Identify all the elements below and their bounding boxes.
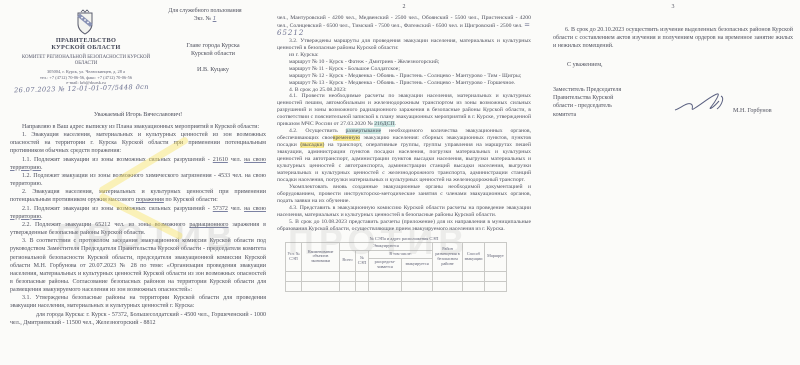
table-header-method: Способ эвакуации [463, 243, 485, 272]
paragraph-4-3: 4.3. Представить в эвакуационную комисси… [277, 205, 531, 219]
text-segment: на транспорт, оперативные группы, группы… [277, 142, 531, 183]
table-header-total: Всего [340, 250, 356, 271]
highlighted-text-cyan: 216ДСП [374, 121, 394, 127]
table-header-evac: Эвакуируются [340, 243, 433, 251]
paragraph-5: 5. В срок до 10.08.2023 представить расч… [277, 219, 531, 233]
table-title: № СЭПа и адрес расположения СЭП [277, 236, 531, 242]
table-empty-cell [286, 281, 302, 291]
signer-name: М.Н. Горбунов [733, 108, 772, 114]
closing-phrase: С уважением, [567, 62, 603, 68]
page-number: 3 [553, 4, 793, 10]
page3-body: 6. В срок до 20.10.2023 осуществить изуч… [553, 26, 793, 50]
route-12: маршрут № 12 - Курск - Медвенка - Обоянь… [277, 73, 531, 80]
signer-title-line1: Заместитель Председателя [553, 86, 651, 94]
paragraph-3-1-list: для города Курска: г. Курск - 57372, Бол… [10, 311, 266, 327]
underlined-number: 57372 [213, 206, 228, 212]
org-name-line2: КУРСКОЙ ОБЛАСТИ [10, 44, 162, 51]
text-segment: чел., Мантуровский - 4200 чел., Медвенск… [277, 15, 531, 29]
addressee-block: Главе города Курска Курской области И.В.… [162, 42, 264, 73]
paragraph-3-1: 3.1. Утверждены безопасные районы на тер… [10, 294, 266, 310]
paragraph-2-2: 2.2. Подлежит эвакуации 65212 чел. из зо… [10, 221, 266, 237]
paragraph-4-1: 4.1. Провести необходимые расчеты по эва… [277, 93, 531, 128]
signer-title-line3: области - председатель [553, 102, 651, 110]
text-segment: . [395, 121, 396, 127]
text-segment: 2.2. Подлежит эвакуации 65212 чел. из зо… [22, 222, 189, 228]
text-segment: чел. [228, 206, 244, 212]
table-empty-cell [463, 271, 485, 281]
kursk-region-coat-of-arms-icon [74, 9, 96, 36]
sep-table-block: № СЭПа и адрес расположения СЭП Усл. № С… [277, 236, 531, 292]
paragraph-1: 1. Эвакуация населения, материальных и к… [10, 131, 266, 155]
sep-table: Усл. № СЭП Наименование объектов экономи… [285, 242, 507, 292]
salutation: Уважаемый Игорь Вячеславович! [10, 111, 266, 118]
text-segment: . [41, 214, 43, 220]
table-empty-cell [302, 271, 340, 281]
signer-title-line4: комитета [553, 111, 651, 119]
page-2: 2 чел., Мантуровский - 4200 чел., Медвен… [277, 0, 531, 365]
table-empty-cell [433, 271, 463, 281]
page1-body: Направляю в Ваш адрес выписку из Плана э… [10, 123, 266, 327]
table-empty-cell [340, 281, 356, 291]
table-header-dispersed: рассредота- чивается [369, 258, 402, 271]
table-empty-cell [433, 281, 463, 291]
page-1: Для служебного пользования Экз. № 1 ПРАВ… [10, 0, 266, 365]
text-segment: 1.1. Подлежит эвакуации из зоны возможны… [22, 157, 213, 163]
page-number: 2 [277, 4, 531, 10]
paragraph-3: 3. В соответствии с протоколом заседания… [10, 237, 266, 294]
underlined-phrase: поражения [136, 197, 164, 203]
page-3: 3 6. В срок до 20.10.2023 осуществить из… [553, 0, 793, 365]
highlighted-text-cyan: развертывание [346, 128, 382, 134]
paragraph-1-2: 1.2. Подлежит эвакуации из зоны возможно… [10, 172, 266, 188]
signature-wrap [671, 88, 735, 118]
route-13: маршрут № 13 - Курск - Медвенка - Обоянь… [277, 80, 531, 87]
paragraph-2: 2. Эвакуация населения, материальных и к… [10, 188, 266, 204]
table-header-usl: Усл. № СЭП [286, 243, 302, 272]
table-empty-cell [402, 271, 433, 281]
table-empty-cell [369, 281, 402, 291]
text-segment: . [41, 165, 43, 171]
paragraph-intro: Направляю в Ваш адрес выписку из Плана э… [10, 123, 266, 131]
table-empty-cell [302, 281, 340, 291]
paragraph-4-2: 4.2. Осуществить развертывание необходим… [277, 128, 531, 184]
text-segment: чел. [228, 157, 244, 163]
paragraph-2-1: 2.1. Подлежит эвакуации из зоны возможны… [10, 205, 266, 221]
paragraph-4-2b: Укомплектовать вновь созданные эвакуацио… [277, 184, 531, 205]
copy-number-line: Экз. № 1 [146, 16, 264, 24]
route-10: маршрут № 10 - Курск - Фатеж - Дмитриев … [277, 59, 531, 66]
signer-title: Заместитель Председателя Правительства К… [553, 86, 651, 119]
table-header-sep-no: № СЭП [356, 250, 369, 271]
table-header-region: Район размещения в безопасном районе [433, 243, 463, 272]
table-empty-cell [340, 271, 356, 281]
paragraph-6: 6. В срок до 20.10.2023 осуществить изуч… [553, 26, 793, 50]
highlighted-text-yellow: временную [333, 135, 360, 141]
addressee-name: И.В. Куцаку [162, 66, 264, 74]
table-row [286, 271, 507, 281]
addressee-line2: Курской области [162, 50, 264, 58]
page2-body: чел., Мантуровский - 4200 чел., Медвенск… [277, 15, 531, 292]
org-subdivision: КОМИТЕТ РЕГИОНАЛЬНОЙ БЕЗОПАСНОСТИ КУРСКО… [10, 55, 162, 67]
paragraph-3-2: 3.2. Утверждены маршруты для проведения … [277, 38, 531, 52]
paragraph-continuation: чел., Мантуровский - 4200 чел., Медвенск… [277, 15, 531, 38]
underlined-phrase: радиационного [189, 222, 228, 228]
paragraph-from-kursk: из г. Курска: [277, 52, 531, 59]
table-empty-cell [369, 271, 402, 281]
table-header-evacuated: эвакуируется [402, 258, 433, 271]
text-segment: 2.1. Подлежит эвакуации из зоны возможны… [22, 206, 213, 212]
table-row [286, 281, 507, 291]
text-segment: 4.1. Провести необходимые расчеты по эва… [277, 93, 531, 127]
table-empty-cell [402, 281, 433, 291]
paragraph-1-1: 1.1. Подлежит эвакуации из зоны возможны… [10, 156, 266, 172]
table-empty-cell [463, 281, 485, 291]
table-empty-cell [485, 281, 507, 291]
table-header-name: Наименование объектов экономики [302, 243, 340, 272]
copy-number-handwritten: 1 [213, 16, 217, 22]
underlined-number: 21610 [213, 157, 228, 163]
text-segment: по Курской области: [164, 197, 218, 203]
addressee-line1: Главе города Курска [162, 42, 264, 50]
table-empty-cell [485, 271, 507, 281]
table-header-including: В том числе: [369, 250, 433, 258]
classification-block: Для служебного пользования Экз. № 1 [146, 8, 264, 23]
table-header-route: Маршрут [485, 243, 507, 272]
table-empty-cell [356, 271, 369, 281]
copy-label: Экз. № [194, 16, 212, 22]
table-empty-cell [356, 281, 369, 291]
classification-label: Для служебного пользования [146, 8, 264, 16]
highlighted-text-yellow: (высадки) [300, 142, 324, 148]
letterhead: ПРАВИТЕЛЬСТВО КУРСКОЙ ОБЛАСТИ КОМИТЕТ РЕ… [10, 37, 162, 86]
signature-icon [671, 88, 735, 118]
text-segment: 4.2. Осуществить [289, 128, 346, 134]
signer-title-line2: Правительства Курской [553, 94, 651, 102]
table-empty-cell [286, 271, 302, 281]
route-11: маршрут № 11 - Курск - Большое Солдатско… [277, 66, 531, 73]
